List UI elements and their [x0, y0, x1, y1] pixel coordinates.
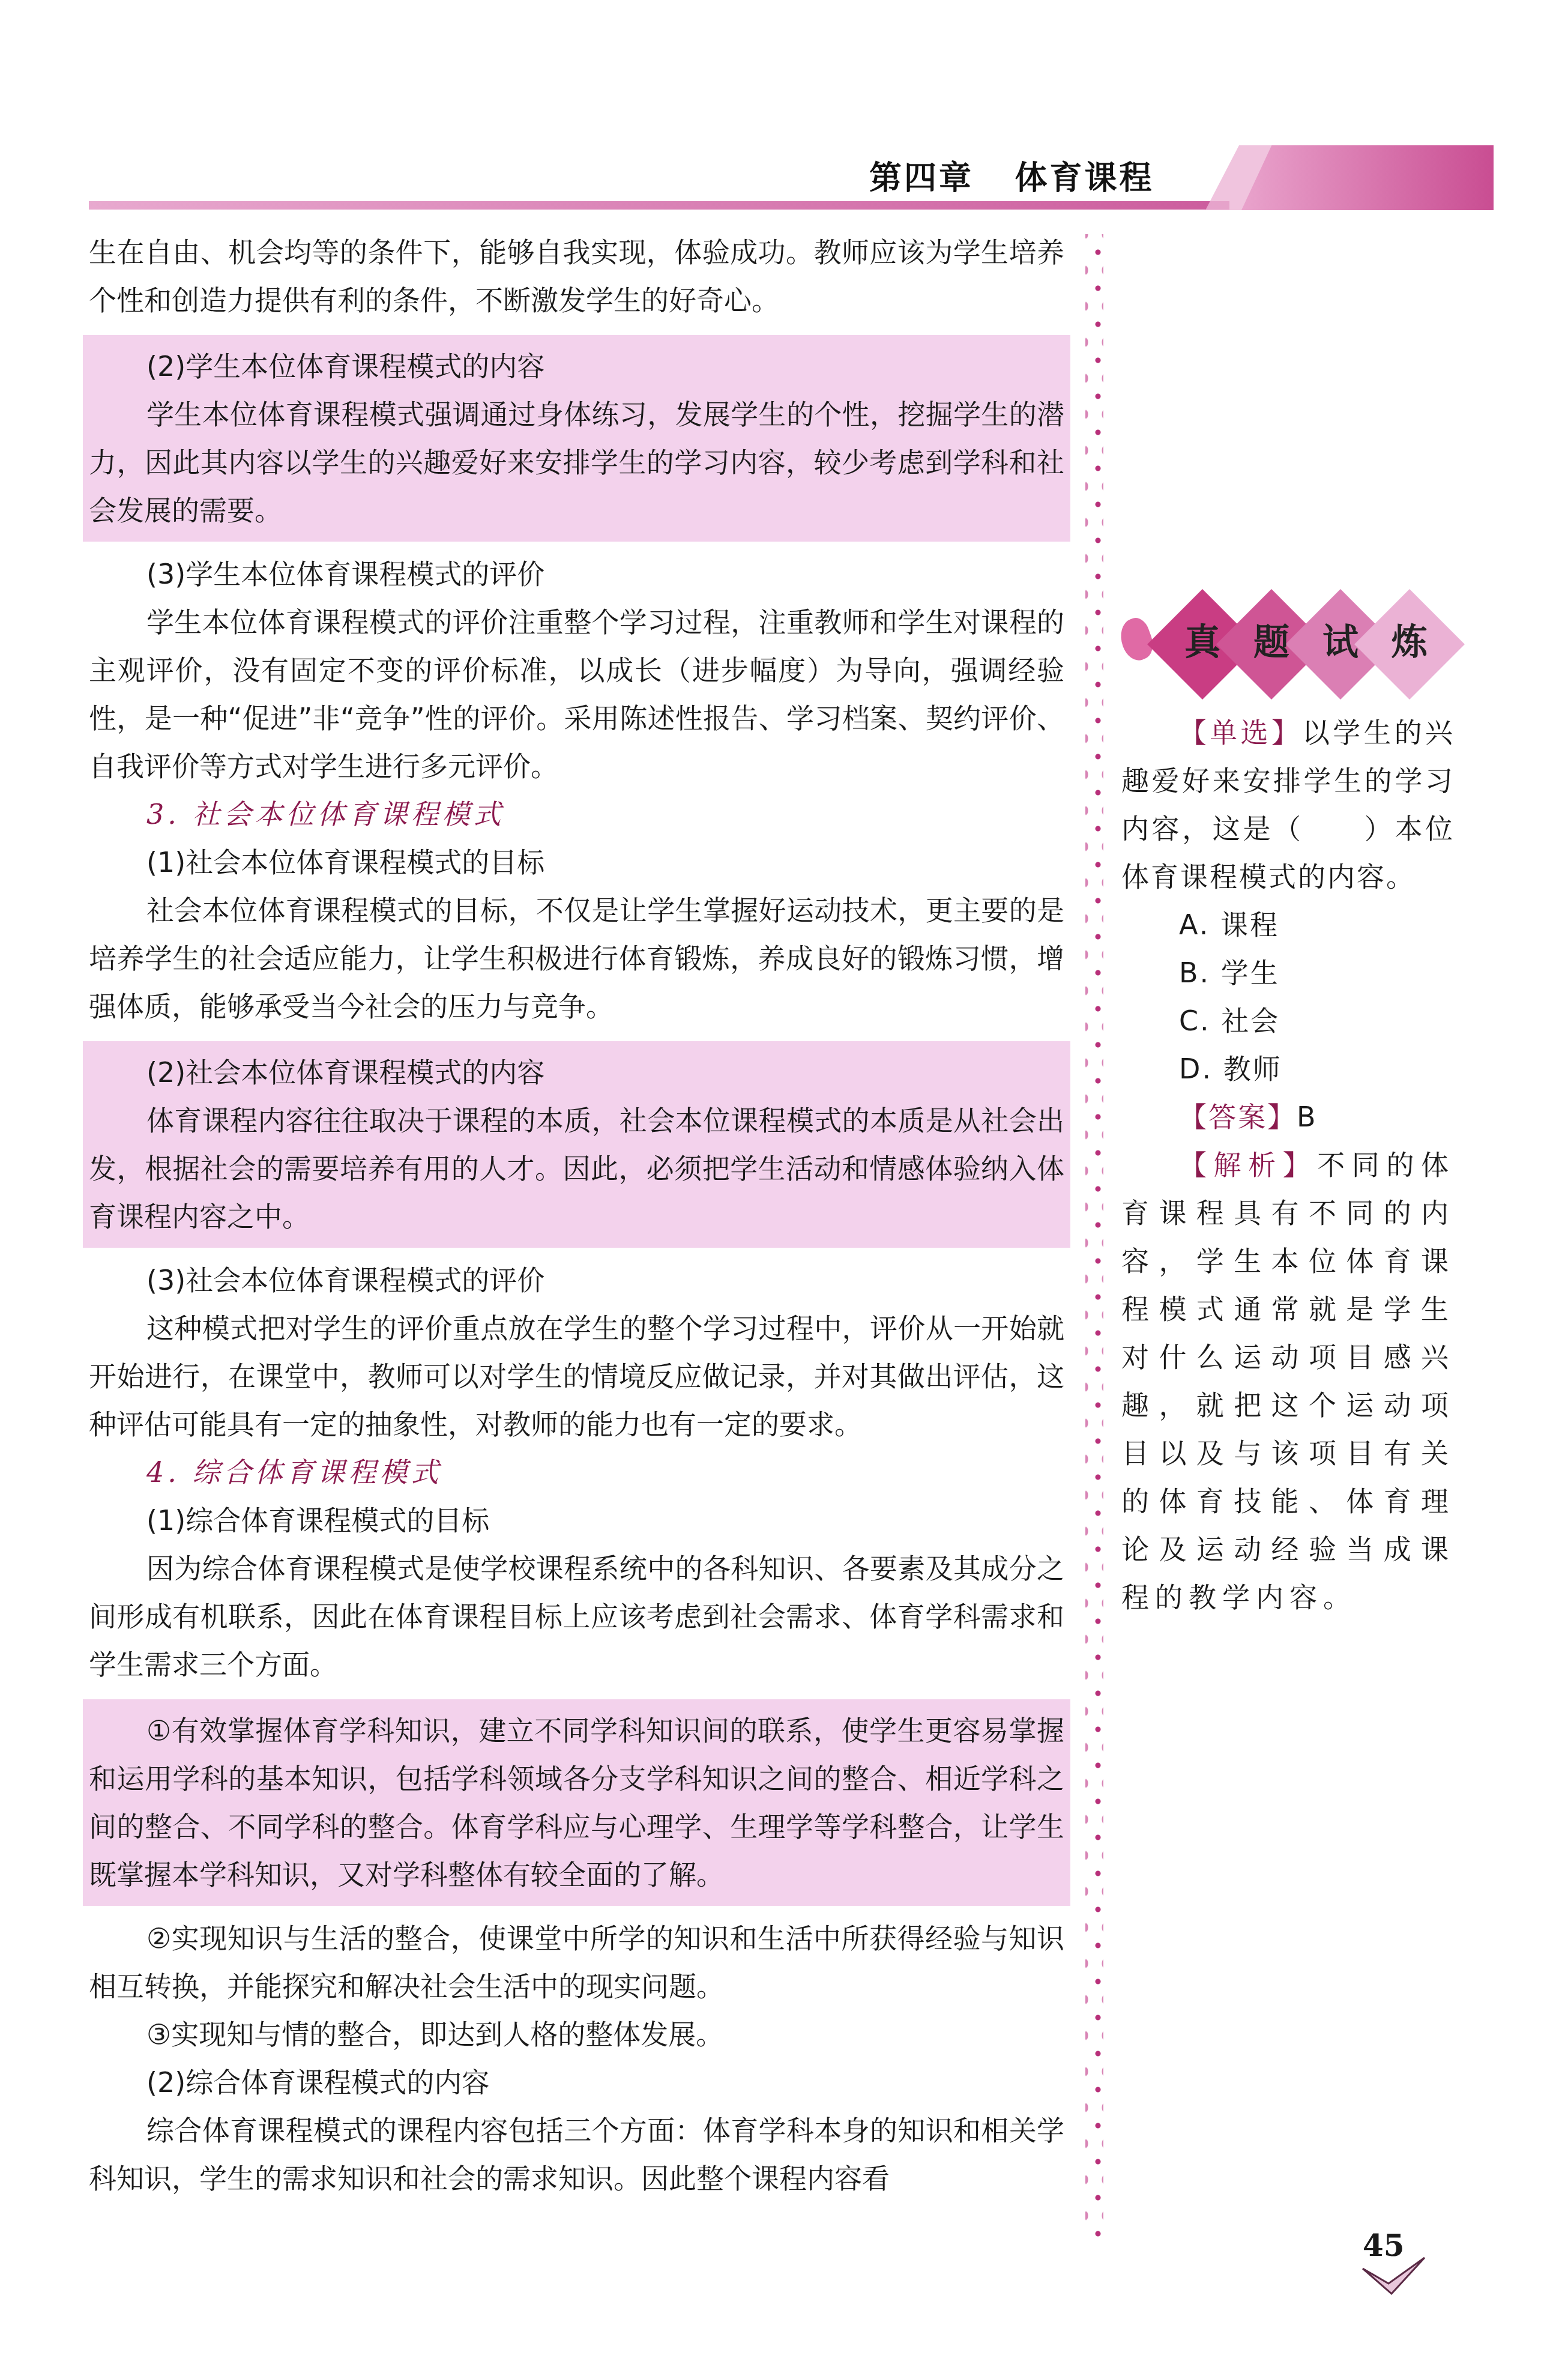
analysis-tag: 【解析】	[1179, 1149, 1317, 1181]
analysis-text: 不同的体育课程具有不同的内容，学生本位体育课程模式通常就是学生对什么运动项目感兴…	[1121, 1149, 1455, 1613]
highlight-box: ①有效掌握体育学科知识，建立不同学科知识间的联系，使学生更容易掌握和运用学科的基…	[83, 1699, 1070, 1906]
header-rule	[89, 201, 1229, 210]
answer-tag: 【答案】	[1179, 1101, 1297, 1133]
paragraph: 学生本位体育课程模式强调通过身体练习，发展学生的个性，挖掘学生的潜力，因此其内容…	[89, 390, 1064, 534]
paragraph: 这种模式把对学生的评价重点放在学生的整个学习过程中，评价从一开始就开始进行，在课…	[89, 1304, 1064, 1448]
exam-practice-badge: 真 题 试 炼	[1121, 594, 1455, 703]
subheading: (2)社会本位体育课程模式的内容	[89, 1048, 1064, 1096]
option-a: A. 课程	[1121, 901, 1455, 949]
chapter-header: 第四章 体育课程	[89, 144, 1455, 216]
subheading: (2)综合体育课程模式的内容	[89, 2058, 1064, 2106]
sidebar-exercise: 真 题 试 炼 【单选】以学生的兴趣爱好来安排学生的学习内容，这是（ ）本位体育…	[1121, 594, 1455, 1621]
badge-char: 真	[1169, 618, 1235, 667]
paragraph: 社会本位体育课程模式的目标，不仅是让学生掌握好运动技术，更主要的是培养学生的社会…	[89, 886, 1064, 1030]
subheading: (3)学生本位体育课程模式的评价	[89, 550, 1064, 598]
badge-char: 试	[1307, 618, 1374, 667]
highlight-box: (2)社会本位体育课程模式的内容 体育课程内容往往取决于课程的本质，社会本位课程…	[83, 1041, 1070, 1248]
paragraph: ②实现知识与生活的整合，使课堂中所学的知识和生活中所获得经验与知识相互转换，并能…	[89, 1914, 1064, 2010]
badge-char: 题	[1238, 618, 1304, 667]
subheading: (2)学生本位体育课程模式的内容	[89, 342, 1064, 390]
paragraph: 综合体育课程模式的课程内容包括三个方面：体育学科本身的知识和相关学科知识，学生的…	[89, 2106, 1064, 2202]
highlight-box: (2)学生本位体育课程模式的内容 学生本位体育课程模式强调通过身体练习，发展学生…	[83, 335, 1070, 542]
question-type-tag: 【单选】	[1179, 716, 1302, 749]
header-tab	[1241, 145, 1494, 210]
paragraph: 体育课程内容往往取决于课程的本质，社会本位课程模式的本质是从社会出发，根据社会的…	[89, 1096, 1064, 1241]
option-b: B. 学生	[1121, 949, 1455, 997]
analysis: 【解析】不同的体育课程具有不同的内容，学生本位体育课程模式通常就是学生对什么运动…	[1121, 1141, 1455, 1621]
main-text-column: 生在自由、机会均等的条件下，能够自我实现，体验成功。教师应该为学生培养个性和创造…	[89, 228, 1064, 2202]
section-heading: 3. 社会本位体育课程模式	[89, 790, 1064, 838]
paragraph: 学生本位体育课程模式的评价注重整个学习过程，注重教师和学生对课程的主观评价，没有…	[89, 598, 1064, 790]
paragraph: ③实现知与情的整合，即达到人格的整体发展。	[89, 2010, 1064, 2058]
paragraph: 因为综合体育课程模式是使学校课程系统中的各科知识、各要素及其成分之间形成有机联系…	[89, 1544, 1064, 1688]
chapter-title: 第四章 体育课程	[869, 153, 1154, 199]
subheading: (1)综合体育课程模式的目标	[89, 1496, 1064, 1544]
subheading: (3)社会本位体育课程模式的评价	[89, 1256, 1064, 1304]
checkmark-icon	[1361, 2257, 1428, 2299]
option-c: C. 社会	[1121, 997, 1455, 1045]
paragraph: 生在自由、机会均等的条件下，能够自我实现，体验成功。教师应该为学生培养个性和创造…	[89, 228, 1064, 324]
paragraph: ①有效掌握体育学科知识，建立不同学科知识间的联系，使学生更容易掌握和运用学科的基…	[89, 1706, 1064, 1899]
answer: 【答案】B	[1121, 1093, 1455, 1141]
answer-value: B	[1297, 1101, 1318, 1133]
subheading: (1)社会本位体育课程模式的目标	[89, 838, 1064, 886]
section-heading: 4. 综合体育课程模式	[89, 1448, 1064, 1496]
option-d: D. 教师	[1121, 1045, 1455, 1093]
question: 【单选】以学生的兴趣爱好来安排学生的学习内容，这是（ ）本位体育课程模式的内容。	[1121, 709, 1455, 901]
floral-divider	[1085, 234, 1103, 2240]
badge-char: 炼	[1377, 618, 1443, 667]
